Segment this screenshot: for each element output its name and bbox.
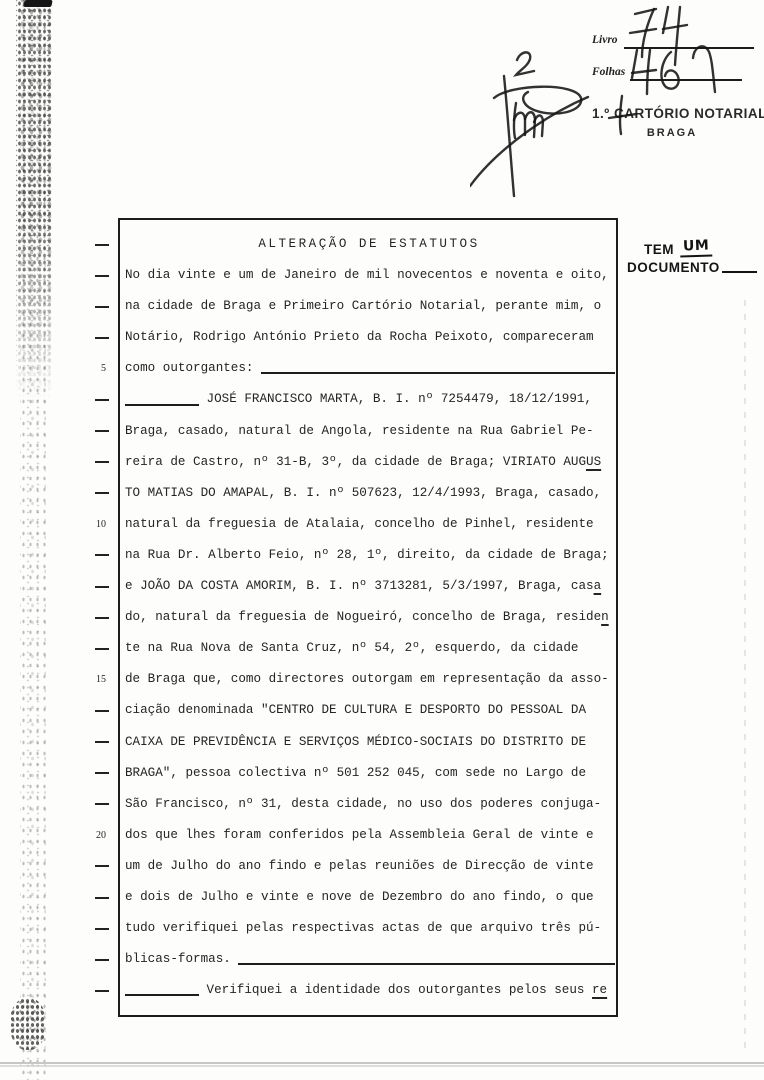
tick-mark <box>95 741 109 743</box>
line-tick <box>82 851 112 882</box>
line-number: 10 <box>82 509 112 540</box>
underlined-continuation: n <box>601 602 609 633</box>
line-number-label: 10 <box>96 519 112 530</box>
document-line: de Braga que, como directores outorgam e… <box>125 664 613 695</box>
line-tick <box>82 416 112 447</box>
tick-mark <box>95 772 109 774</box>
tick-mark <box>95 244 109 246</box>
deed-title: ALTERAÇÃO DE ESTATUTOS <box>125 229 613 260</box>
document-line: um de Julho do ano findo e pelas reuniõe… <box>125 851 613 882</box>
tick-mark <box>95 990 109 992</box>
line-text: e dois de Julho e vinte e nove de Dezemb… <box>125 882 594 913</box>
document-line: ciação denominada "CENTRO DE CULTURA E D… <box>125 695 613 726</box>
document-line: Braga, casado, natural de Angola, reside… <box>125 416 613 447</box>
document-line: tudo verifiquei pelas respectivas actas … <box>125 913 613 944</box>
line-tick <box>82 913 112 944</box>
document-line: e dois de Julho e vinte e nove de Dezemb… <box>125 882 613 913</box>
line-text: como outorgantes: <box>125 353 261 384</box>
document-line: Verifiquei a identidade dos outorgantes … <box>125 975 613 1006</box>
tick-mark <box>95 399 109 401</box>
scan-top-mark <box>23 0 52 7</box>
document-line: na Rua Dr. Alberto Feio, nº 28, 1º, dire… <box>125 540 613 571</box>
line-text: Verifiquei a identidade dos outorgantes … <box>199 975 592 1006</box>
underlined-continuation: a <box>594 571 602 602</box>
line-number-label: 5 <box>101 363 112 374</box>
document-line: blicas-formas. <box>125 944 613 975</box>
handwritten-folhas-value <box>632 46 715 94</box>
scan-edge-noise-top <box>16 0 52 400</box>
leader-rule <box>125 404 199 406</box>
line-text: do, natural da freguesia de Nogueiró, co… <box>125 602 601 633</box>
tick-mark <box>95 461 109 463</box>
document-line: natural da freguesia de Atalaia, concelh… <box>125 509 613 540</box>
line-text: BRAGA", pessoa colectiva nº 501 252 045,… <box>125 758 586 789</box>
document-line: como outorgantes: <box>125 353 613 384</box>
document-line: na cidade de Braga e Primeiro Cartório N… <box>125 291 613 322</box>
tem-handwritten-value: UM <box>680 237 713 257</box>
line-number: 15 <box>82 664 112 695</box>
scanned-notarial-page: Livro Folhas 1.º CARTÓRIO NOTARIAL BRAGA <box>0 0 764 1080</box>
line-tick <box>82 633 112 664</box>
line-tick <box>82 260 112 291</box>
document-line: Notário, Rodrigo António Prieto da Rocha… <box>125 322 613 353</box>
line-text: ciação denominada "CENTRO DE CULTURA E D… <box>125 695 586 726</box>
handwritten-2-mark <box>516 52 534 75</box>
tick-mark <box>95 337 109 339</box>
document-line: BRAGA", pessoa colectiva nº 501 252 045,… <box>125 758 613 789</box>
line-text: de Braga que, como directores outorgam e… <box>125 664 609 695</box>
line-text: TO MATIAS DO AMAPAL, B. I. nº 507623, 12… <box>125 478 601 509</box>
document-line: No dia vinte e um de Janeiro de mil nove… <box>125 260 613 291</box>
scan-bottom-blob <box>10 998 46 1050</box>
line-tick <box>82 758 112 789</box>
line-text: natural da freguesia de Atalaia, concelh… <box>125 509 594 540</box>
line-tick <box>82 727 112 758</box>
handwriting-overlay <box>470 0 764 215</box>
tick-mark <box>95 586 109 588</box>
line-text: um de Julho do ano findo e pelas reuniõe… <box>125 851 594 882</box>
tick-mark <box>95 275 109 277</box>
documento-blank-line <box>722 271 757 273</box>
line-text: na cidade de Braga e Primeiro Cartório N… <box>125 291 601 322</box>
document-line: reira de Castro, nº 31-B, 3º, da cidade … <box>125 447 613 478</box>
line-text: Braga, casado, natural de Angola, reside… <box>125 416 594 447</box>
underlined-continuation: US <box>586 447 601 478</box>
line-text: dos que lhes foram conferidos pela Assem… <box>125 820 594 851</box>
line-tick <box>82 291 112 322</box>
line-text: reira de Castro, nº 31-B, 3º, da cidade … <box>125 447 586 478</box>
tick-mark <box>95 710 109 712</box>
line-tick <box>82 975 112 1006</box>
line-text: São Francisco, nº 31, desta cidade, no u… <box>125 789 601 820</box>
tick-mark <box>95 897 109 899</box>
line-text: No dia vinte e um de Janeiro de mil nove… <box>125 260 609 291</box>
line-text: Notário, Rodrigo António Prieto da Rocha… <box>125 322 594 353</box>
tick-mark <box>95 648 109 650</box>
document-line: TO MATIAS DO AMAPAL, B. I. nº 507623, 12… <box>125 478 613 509</box>
tick-mark <box>95 430 109 432</box>
pen-cross-mark <box>609 96 636 134</box>
document-line: JOSÉ FRANCISCO MARTA, B. I. nº 7254479, … <box>125 384 613 415</box>
document-line: dos que lhes foram conferidos pela Assem… <box>125 820 613 851</box>
documento-label: DOCUMENTO <box>627 260 720 275</box>
tem-documento-stamp: TEM UM DOCUMENTO <box>627 238 757 275</box>
line-text: JOSÉ FRANCISCO MARTA, B. I. nº 7254479, … <box>199 384 592 415</box>
line-tick <box>82 384 112 415</box>
line-tick <box>82 447 112 478</box>
line-text: blicas-formas. <box>125 944 238 975</box>
line-text: e JOÃO DA COSTA AMORIM, B. I. nº 3713281… <box>125 571 594 602</box>
line-tick <box>82 478 112 509</box>
line-text: na Rua Dr. Alberto Feio, nº 28, 1º, dire… <box>125 540 609 571</box>
tem-label: TEM <box>644 242 674 257</box>
leader-rule <box>125 994 199 996</box>
line-number: 20 <box>82 820 112 851</box>
deed-body: No dia vinte e um de Janeiro de mil nove… <box>125 260 613 1006</box>
line-tick <box>82 602 112 633</box>
line-number-label: 20 <box>96 830 112 841</box>
deed-text-frame: ALTERAÇÃO DE ESTATUTOS No dia vinte e um… <box>118 218 618 1017</box>
document-line: te na Rua Nova de Santa Cruz, nº 54, 2º,… <box>125 633 613 664</box>
tick-mark <box>95 617 109 619</box>
line-text: CAIXA DE PREVIDÊNCIA E SERVIÇOS MÉDICO-S… <box>125 727 586 758</box>
trailing-rule <box>261 372 615 374</box>
tick-mark <box>95 803 109 805</box>
line-tick <box>82 571 112 602</box>
handwritten-livro-value <box>630 7 687 65</box>
line-text: tudo verifiquei pelas respectivas actas … <box>125 913 601 944</box>
tick-mark <box>95 306 109 308</box>
line-tick <box>82 540 112 571</box>
line-tick <box>82 944 112 975</box>
tick-mark <box>95 554 109 556</box>
line-number: 5 <box>82 353 112 384</box>
line-tick <box>82 322 112 353</box>
document-line: São Francisco, nº 31, desta cidade, no u… <box>125 789 613 820</box>
tick-mark <box>95 959 109 961</box>
line-tick <box>82 695 112 726</box>
line-number-ruler: 5101520 <box>82 229 112 1006</box>
line-tick <box>82 229 112 260</box>
scan-fold-line <box>0 1062 764 1064</box>
document-line: do, natural da freguesia de Nogueiró, co… <box>125 602 613 633</box>
tick-mark <box>95 865 109 867</box>
line-tick <box>82 789 112 820</box>
line-text: te na Rua Nova de Santa Cruz, nº 54, 2º,… <box>125 633 578 664</box>
signature-scribble <box>470 76 588 196</box>
tick-mark <box>95 492 109 494</box>
tick-mark <box>95 928 109 930</box>
scan-right-artifact <box>744 300 746 1050</box>
line-number-label: 15 <box>96 674 112 685</box>
trailing-rule <box>238 963 615 965</box>
document-line: CAIXA DE PREVIDÊNCIA E SERVIÇOS MÉDICO-S… <box>125 727 613 758</box>
underlined-continuation: re <box>592 975 607 1006</box>
document-line: e JOÃO DA COSTA AMORIM, B. I. nº 3713281… <box>125 571 613 602</box>
line-tick <box>82 882 112 913</box>
